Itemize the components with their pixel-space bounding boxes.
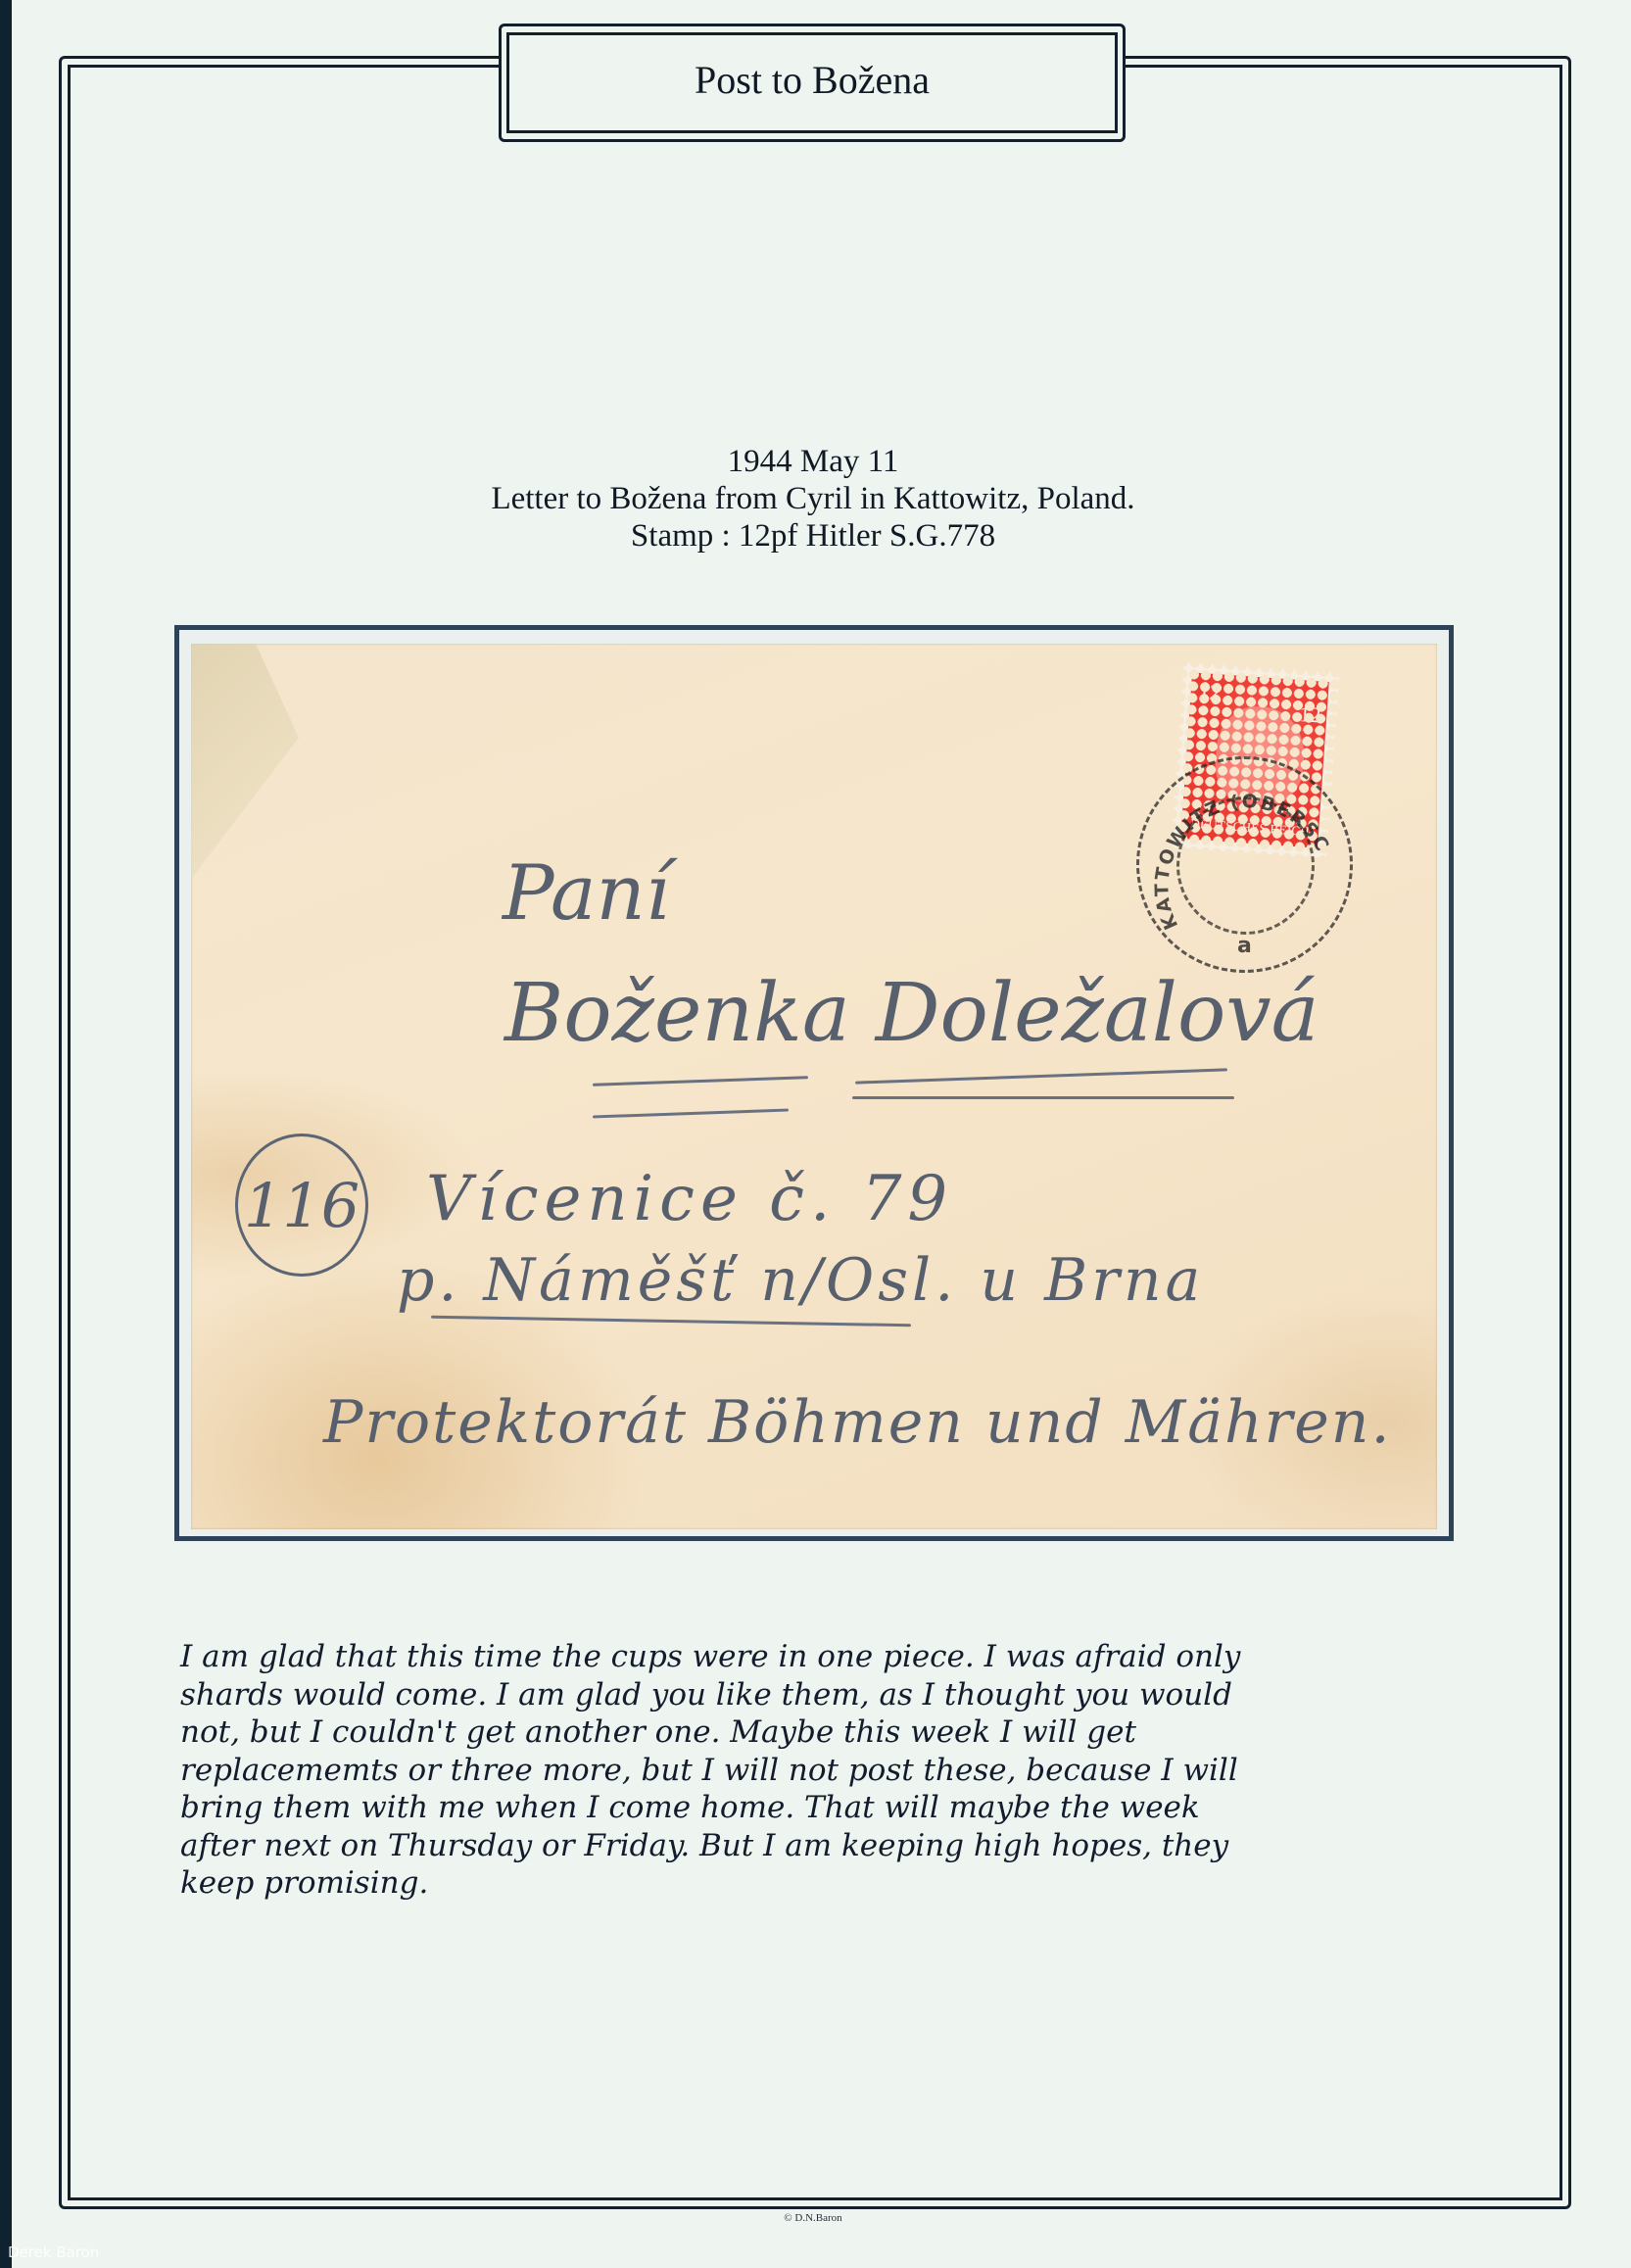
- postmark-letter: a: [1237, 934, 1252, 958]
- name-underline: [855, 1068, 1227, 1084]
- translation-line: not, but I couldn't get another one. May…: [180, 1713, 1473, 1752]
- caption-description: Letter to Božena from Cyril in Kattowitz…: [323, 480, 1303, 517]
- name-underline: [593, 1076, 808, 1086]
- translation-line: shards would come. I am glad you like th…: [180, 1676, 1473, 1714]
- letter-translation: I am glad that this time the cups were i…: [180, 1638, 1473, 1903]
- page-title: Post to Božena: [695, 57, 930, 103]
- reference-number-circle: 116: [235, 1134, 368, 1277]
- translation-line: bring them with me when I come home. Tha…: [180, 1789, 1473, 1827]
- envelope-mount-frame: 12 12 DEUTSCHES REICH KATTOWITZ (OBERSCH…: [174, 625, 1454, 1541]
- caption-stamp-info: Stamp : 12pf Hitler S.G.778: [323, 517, 1303, 555]
- envelope-image: 12 12 DEUTSCHES REICH KATTOWITZ (OBERSCH…: [191, 644, 1437, 1529]
- envelope-flap-corner: [191, 644, 299, 879]
- address-line-2: p. Náměšť n/Osl. u Brna: [397, 1246, 1204, 1315]
- address-line-1: Vícenice č. 79: [426, 1163, 953, 1235]
- translation-line: keep promising.: [180, 1864, 1473, 1903]
- translation-line: I am glad that this time the cups were i…: [180, 1638, 1473, 1676]
- translation-line: after next on Thursday or Friday. But I …: [180, 1827, 1473, 1865]
- item-caption: 1944 May 11 Letter to Božena from Cyril …: [323, 443, 1303, 555]
- name-underline: [852, 1096, 1234, 1099]
- watermark: Derek Baron: [8, 2244, 99, 2261]
- svg-text:KATTOWITZ (OBERSCHL): KATTOWITZ (OBERSCHL): [1139, 759, 1334, 933]
- title-box: Post to Božena: [506, 32, 1118, 133]
- name-underline: [593, 1109, 789, 1119]
- scan-edge: [0, 0, 12, 2268]
- stamp-value-left: 12: [1198, 679, 1222, 705]
- stamp-value-right: 12: [1298, 701, 1321, 728]
- caption-date: 1944 May 11: [323, 443, 1303, 480]
- postmark: KATTOWITZ (OBERSCHL) a: [1136, 756, 1353, 973]
- translation-line: replacememts or three more, but I will n…: [180, 1752, 1473, 1790]
- copyright-notice: © D.N.Baron: [666, 2212, 960, 2224]
- address-salutation: Paní: [503, 849, 670, 938]
- address-underline: [431, 1316, 911, 1327]
- reference-number: 116: [244, 1170, 360, 1241]
- address-line-3: Protektorát Böhmen und Mähren.: [323, 1388, 1392, 1457]
- address-name: Boženka Doležalová: [504, 967, 1319, 1060]
